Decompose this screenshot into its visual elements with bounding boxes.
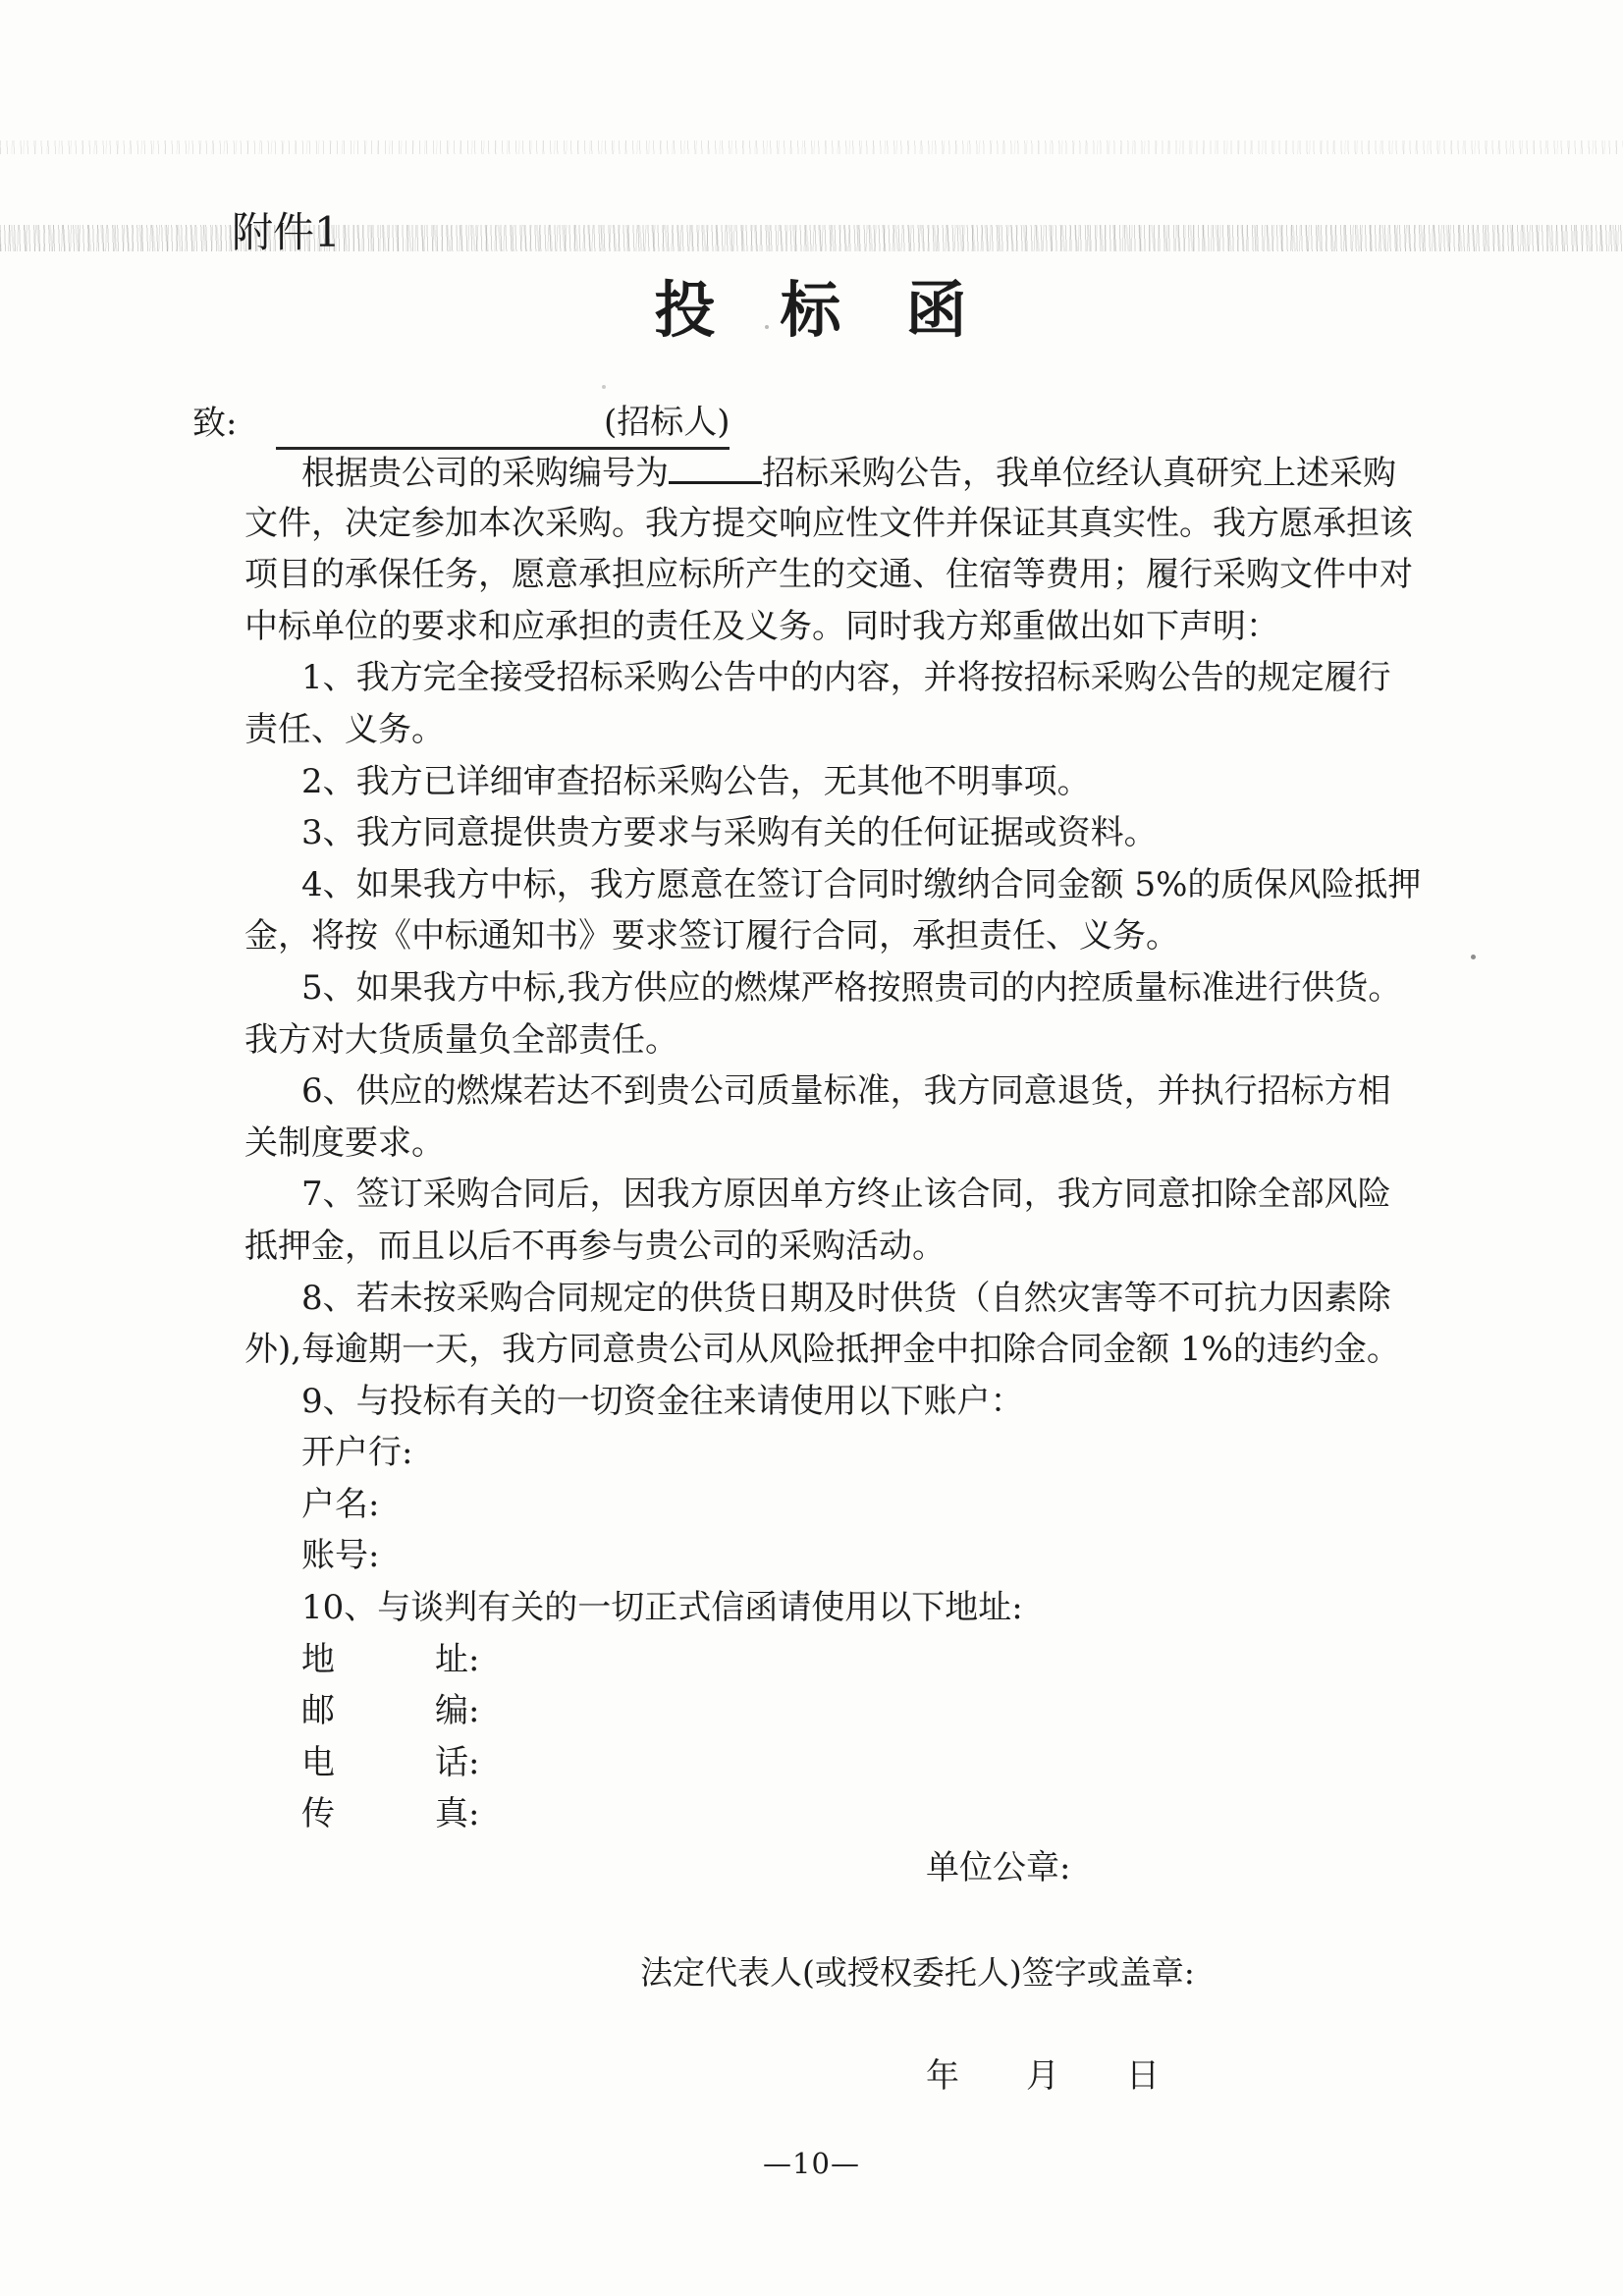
- address-field: 地 址:: [244, 1634, 1403, 1686]
- body-line-item-1: 1、我方完全接受招标采购公告中的内容，并将按招标采购公告的规定履行: [244, 652, 1403, 704]
- body-line: 外),每逾期一天，我方同意贵公司从风险抵押金中扣除合同金额 1%的违约金。: [244, 1324, 1403, 1376]
- bank-field-account-name: 户名:: [244, 1479, 1403, 1531]
- body-line: 责任、义务。: [244, 704, 1403, 756]
- phone-field: 电 话:: [244, 1737, 1403, 1789]
- attachment-label: 附件1: [232, 208, 341, 257]
- body-line: 金，将按《中标通知书》要求签订履行合同，承担责任、义务。: [244, 910, 1403, 962]
- fax-field: 传 真:: [244, 1788, 1403, 1840]
- procurement-number-blank: [669, 446, 762, 484]
- body-line: 关制度要求。: [244, 1118, 1403, 1170]
- document-page: 附件1 投 标 函 致:(招标人) 根据贵公司的采购编号为招标采购公告，我单位经…: [0, 0, 1623, 2296]
- page-number: —10—: [0, 2147, 1623, 2180]
- date-placeholder: 年 月 日: [926, 2049, 1160, 2097]
- body-line-item-8: 8、若未按采购合同规定的供货日期及时供货（自然灾害等不可抗力因素除: [244, 1273, 1403, 1325]
- recipient-hint: (招标人): [604, 403, 730, 442]
- body-line-item-9: 9、与投标有关的一切资金往来请使用以下账户：: [244, 1376, 1403, 1428]
- scan-speck: [602, 385, 606, 389]
- intro-text-before-blank: 根据贵公司的采购编号为: [301, 454, 669, 493]
- scan-speck: [1471, 955, 1476, 959]
- body-line: 中标单位的要求和应承担的责任及义务。同时我方郑重做出如下声明：: [244, 601, 1403, 653]
- bank-field-account-number: 账号:: [244, 1530, 1403, 1582]
- body-line: 抵押金，而且以后不再参与贵公司的采购活动。: [244, 1221, 1403, 1273]
- body-line-item-4: 4、如果我方中标，我方愿意在签订合同时缴纳合同金额 5%的质保风险抵押: [244, 859, 1403, 911]
- body-line: 文件，决定参加本次采购。我方提交响应性文件并保证其真实性。我方愿承担该: [244, 498, 1403, 550]
- postcode-field: 邮 编:: [244, 1685, 1403, 1737]
- body-line: 项目的承保任务，愿意承担应标所产生的交通、住宿等费用；履行采购文件中对: [244, 549, 1403, 601]
- scan-noise-strip-top: [0, 140, 1623, 154]
- recipient-blank-underline: (招标人): [276, 398, 730, 450]
- body-line-item-10: 10、与谈判有关的一切正式信函请使用以下地址:: [244, 1582, 1403, 1634]
- salutation-line: 致:(招标人): [192, 397, 730, 450]
- scan-speck: [765, 325, 769, 329]
- body-line-item-5: 5、如果我方中标,我方供应的燃煤严格按照贵司的内控质量标准进行供货。: [244, 962, 1403, 1014]
- body-line-item-2: 2、我方已详细审查招标采购公告，无其他不明事项。: [244, 756, 1403, 808]
- intro-text-after-blank: 招标采购公告，我单位经认真研究上述采购: [762, 454, 1396, 493]
- company-seal-label: 单位公章:: [926, 1840, 1070, 1888]
- body-line: 我方对大货质量负全部责任。: [244, 1014, 1403, 1066]
- body-line-item-3: 3、我方同意提供贵方要求与采购有关的任何证据或资料。: [244, 807, 1403, 859]
- body-line-item-7: 7、签订采购合同后，因我方原因单方终止该合同，我方同意扣除全部风险: [244, 1169, 1403, 1221]
- body-line-item-6: 6、供应的燃煤若达不到贵公司质量标准，我方同意退货，并执行招标方相: [244, 1066, 1403, 1118]
- body-text: 根据贵公司的采购编号为招标采购公告，我单位经认真研究上述采购 文件，决定参加本次…: [244, 446, 1403, 1840]
- document-title: 投 标 函: [0, 261, 1623, 349]
- bank-field-branch: 开户行:: [244, 1427, 1403, 1479]
- legal-rep-signature-label: 法定代表人(或授权委托人)签字或盖章:: [640, 1947, 1195, 1994]
- salutation-prefix: 致:: [192, 404, 237, 443]
- body-line-intro: 根据贵公司的采购编号为招标采购公告，我单位经认真研究上述采购: [244, 446, 1403, 498]
